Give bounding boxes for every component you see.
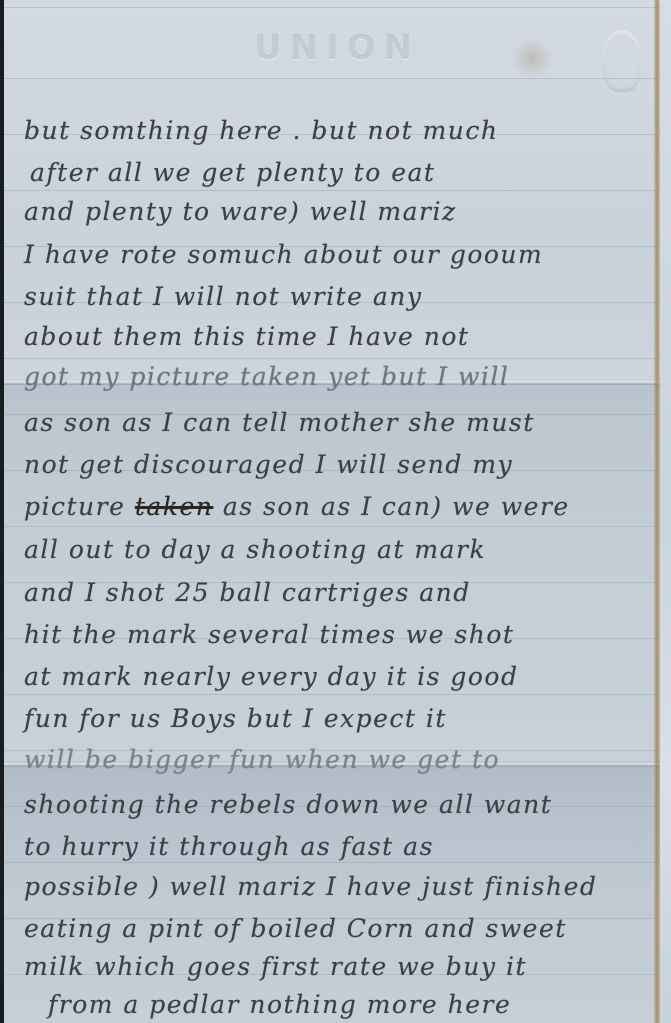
letter-line: from a pedlar nothing more here	[48, 990, 511, 1019]
struck-word: taken	[135, 492, 214, 521]
letter-line: milk which goes first rate we buy it	[24, 952, 527, 981]
letter-page: UNION but somthing here . but not much a…	[4, 0, 671, 1023]
letter-line: shooting the rebels down we all want	[24, 790, 552, 819]
letter-line: suit that I will not write any	[24, 282, 423, 311]
letter-line: as son as I can tell mother she must	[24, 408, 535, 437]
letter-line: but somthing here . but not much	[24, 116, 499, 145]
letter-line: and I shot 25 ball cartriges and	[24, 578, 471, 607]
letter-line: possible ) well mariz I have just finish…	[24, 872, 597, 901]
page-edge	[660, 0, 671, 1023]
letter-line: not get discouraged I will send my	[24, 450, 513, 479]
letter-line: got my picture taken yet but I will	[24, 362, 509, 391]
letterhead-stamp: UNION	[254, 28, 554, 72]
letter-text: as son as I can) we were	[223, 492, 570, 521]
embossed-seal-icon	[602, 30, 642, 92]
letter-line: fun for us Boys but I expect it	[24, 704, 447, 733]
letter-line: about them this time I have not	[24, 322, 469, 351]
letter-text: picture	[24, 492, 125, 521]
letter-line: at mark nearly every day it is good	[24, 662, 518, 691]
letter-line: will be bigger fun when we get to	[24, 745, 500, 774]
letter-line: hit the mark several times we shot	[24, 620, 514, 649]
letter-line: picture taken as son as I can) we were	[24, 492, 570, 521]
letter-line: after all we get plenty to eat	[30, 158, 435, 187]
letter-line: and plenty to ware) well mariz	[24, 197, 457, 226]
letter-line: to hurry it through as fast as	[24, 832, 434, 861]
letter-line: I have rote somuch about our gooum	[24, 240, 543, 269]
letter-line: eating a pint of boiled Corn and sweet	[24, 914, 567, 943]
letter-line: all out to day a shooting at mark	[24, 535, 486, 564]
